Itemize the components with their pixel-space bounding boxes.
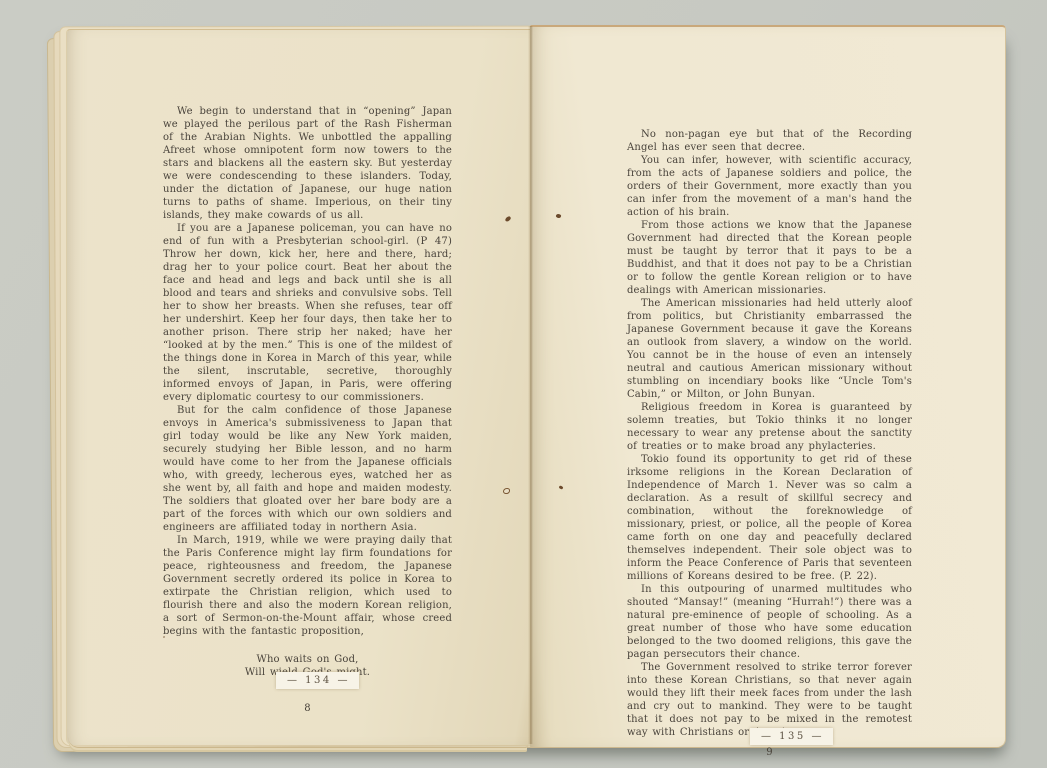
right-page-paragraphs: No non-pagan eye but that of the Recordi… [627,128,912,739]
paragraph: No non-pagan eye but that of the Recordi… [627,128,912,154]
paragraph: In this outpouring of unarmed multitudes… [627,583,912,661]
paragraph: Tokio found its opportunity to get rid o… [627,453,912,583]
archival-folio-label-left: — 134 — [276,672,359,689]
open-book: We begin to understand that in “opening”… [50,22,1007,749]
paragraph: Religious freedom in Korea is guaranteed… [627,401,912,453]
left-page-text-block: We begin to understand that in “opening”… [163,105,452,715]
page-number-left: 8 [163,702,452,715]
archival-folio-label-right: — 135 — [750,728,833,745]
paragraph: We begin to understand that in “opening”… [163,105,452,222]
book-gutter-crease [528,26,533,744]
paragraph: In March, 1919, while we were praying da… [163,534,452,638]
paragraph: The American missionaries had held utter… [627,297,912,401]
verse-line: Who waits on God, [163,653,452,666]
paper-speck [163,636,165,638]
photo-of-open-book: { "book": { "left_page": { "paragraphs":… [0,0,1047,768]
page-bottom-edges [68,737,528,748]
page-number-right: 9 [627,746,912,759]
paragraph: From those actions we know that the Japa… [627,219,912,297]
right-page-text-block: No non-pagan eye but that of the Recordi… [627,128,912,759]
left-page-paragraphs: We begin to understand that in “opening”… [163,105,452,638]
paper-speck [405,110,407,112]
paragraph: But for the calm confidence of those Jap… [163,404,452,534]
paragraph: You can infer, however, with scientific … [627,154,912,219]
paragraph: If you are a Japanese policeman, you can… [163,222,452,404]
